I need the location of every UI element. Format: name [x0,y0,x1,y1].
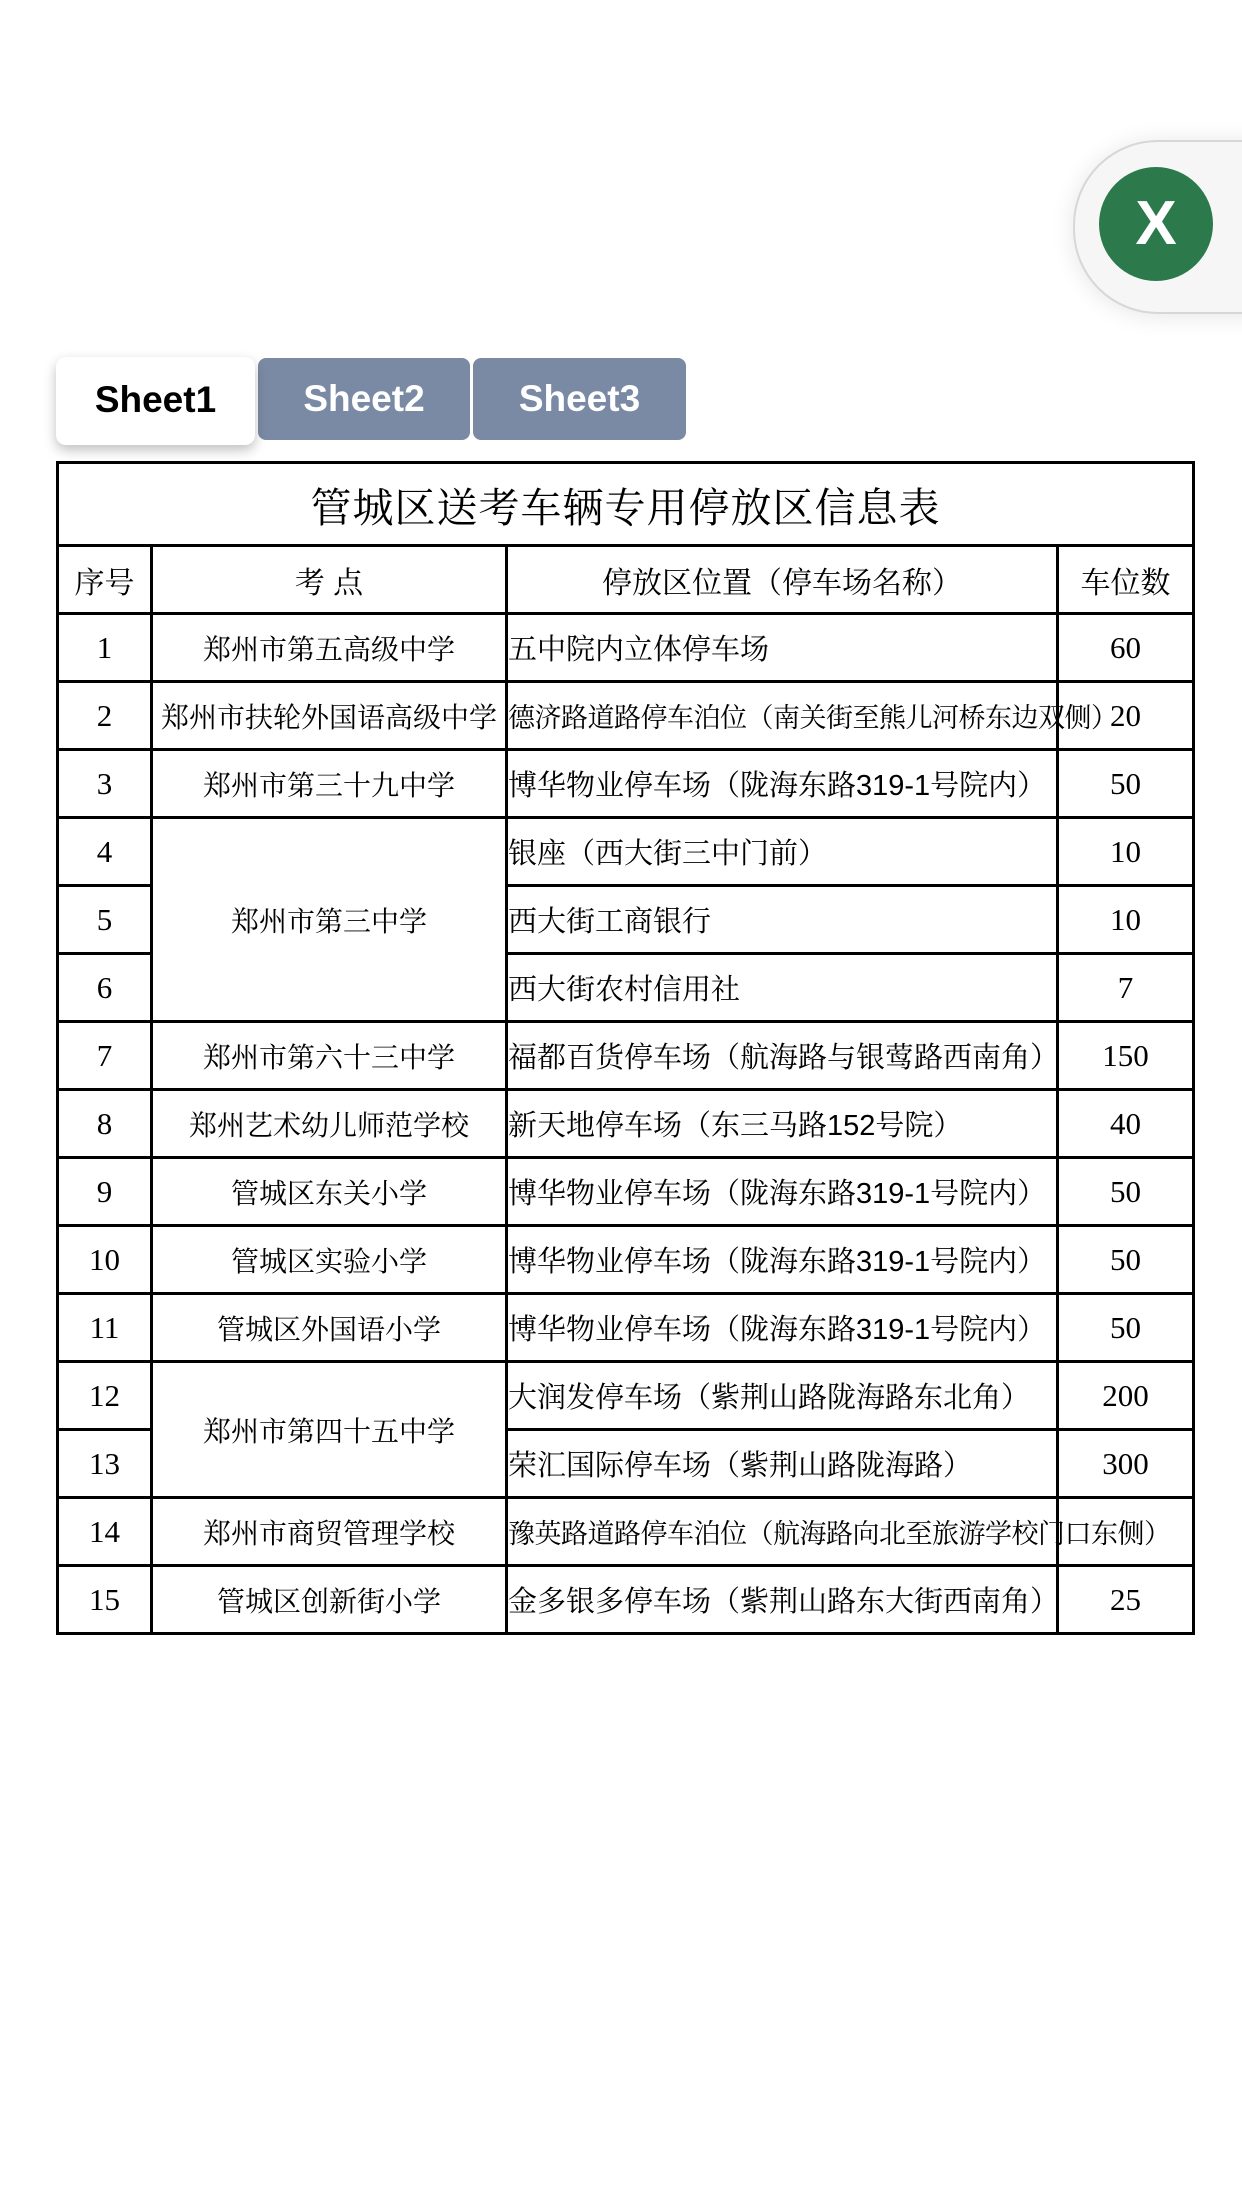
row-number-cell: 8 [58,1090,152,1158]
tab-sheet2[interactable]: Sheet2 [258,358,470,440]
spaces-cell: 7 [1058,954,1194,1022]
table-row: 3郑州市第三十九中学博华物业停车场（陇海东路319-1号院内）50 [58,750,1194,818]
row-number-cell: 15 [58,1566,152,1634]
location-cell: 大润发停车场（紫荆山路陇海路东北角） [507,1362,1058,1430]
row-number-cell: 2 [58,682,152,750]
row-number-cell: 6 [58,954,152,1022]
row-number-cell: 10 [58,1226,152,1294]
location-cell: 博华物业停车场（陇海东路319-1号院内） [507,1158,1058,1226]
location-cell: 西大街农村信用社 [507,954,1058,1022]
spaces-cell: 50 [1058,750,1194,818]
table-row: 7郑州市第六十三中学福都百货停车场（航海路与银莺路西南角）150 [58,1022,1194,1090]
table-row: 15管城区创新街小学金多银多停车场（紫荆山路东大街西南角）25 [58,1566,1194,1634]
location-cell: 银座（西大街三中门前） [507,818,1058,886]
column-header-school: 考 点 [152,546,507,614]
school-cell: 郑州市第三中学 [152,818,507,1022]
tab-sheet1[interactable]: Sheet1 [56,357,255,445]
table-header-row: 序号 考 点 停放区位置（停车场名称） 车位数 [58,546,1194,614]
close-pill: X [1073,140,1242,314]
table-row: 8郑州艺术幼儿师范学校新天地停车场（东三马路152号院）40 [58,1090,1194,1158]
school-cell: 管城区创新街小学 [152,1566,507,1634]
row-number-cell: 13 [58,1430,152,1498]
row-number-cell: 12 [58,1362,152,1430]
spaces-cell: 50 [1058,1294,1194,1362]
row-number-cell: 7 [58,1022,152,1090]
spaces-cell: 60 [1058,614,1194,682]
close-icon: X [1135,193,1176,255]
school-cell: 郑州市商贸管理学校 [152,1498,507,1566]
location-cell: 荣汇国际停车场（紫荆山路陇海路） [507,1430,1058,1498]
spaces-cell: 10 [1058,886,1194,954]
school-cell: 管城区东关小学 [152,1158,507,1226]
location-cell: 福都百货停车场（航海路与银莺路西南角） [507,1022,1058,1090]
row-number-cell: 4 [58,818,152,886]
school-cell: 郑州市第五高级中学 [152,614,507,682]
column-header-no: 序号 [58,546,152,614]
spaces-cell: 40 [1058,1090,1194,1158]
spaces-cell: 50 [1058,1158,1194,1226]
school-cell: 郑州市第六十三中学 [152,1022,507,1090]
school-cell: 郑州市第三十九中学 [152,750,507,818]
row-number-cell: 14 [58,1498,152,1566]
close-button[interactable]: X [1099,167,1213,281]
table-row: 10管城区实验小学博华物业停车场（陇海东路319-1号院内）50 [58,1226,1194,1294]
table-row: 12郑州市第四十五中学大润发停车场（紫荆山路陇海路东北角）200 [58,1362,1194,1430]
parking-info-table: 管城区送考车辆专用停放区信息表 序号 考 点 停放区位置（停车场名称） 车位数 … [56,461,1195,1635]
school-cell: 管城区实验小学 [152,1226,507,1294]
table-row: 11管城区外国语小学博华物业停车场（陇海东路319-1号院内）50 [58,1294,1194,1362]
location-cell: 博华物业停车场（陇海东路319-1号院内） [507,1226,1058,1294]
table-row: 1郑州市第五高级中学五中院内立体停车场60 [58,614,1194,682]
column-header-spaces: 车位数 [1058,546,1194,614]
tab-sheet3[interactable]: Sheet3 [473,358,686,440]
table-title-row: 管城区送考车辆专用停放区信息表 [58,463,1194,546]
row-number-cell: 11 [58,1294,152,1362]
location-cell: 新天地停车场（东三马路152号院） [507,1090,1058,1158]
spaces-cell: 50 [1058,1226,1194,1294]
table-title: 管城区送考车辆专用停放区信息表 [58,463,1194,546]
row-number-cell: 1 [58,614,152,682]
table-row: 14郑州市商贸管理学校豫英路道路停车泊位（航海路向北至旅游学校门口东侧） [58,1498,1194,1566]
school-cell: 管城区外国语小学 [152,1294,507,1362]
school-cell: 郑州艺术幼儿师范学校 [152,1090,507,1158]
location-cell: 博华物业停车场（陇海东路319-1号院内） [507,750,1058,818]
school-cell: 郑州市扶轮外国语高级中学 [152,682,507,750]
table-body: 1郑州市第五高级中学五中院内立体停车场602郑州市扶轮外国语高级中学德济路道路停… [58,614,1194,1634]
table-row: 9管城区东关小学博华物业停车场（陇海东路319-1号院内）50 [58,1158,1194,1226]
spaces-cell: 10 [1058,818,1194,886]
table-row: 2郑州市扶轮外国语高级中学德济路道路停车泊位（南关街至熊儿河桥东边双侧）20 [58,682,1194,750]
location-cell: 博华物业停车场（陇海东路319-1号院内） [507,1294,1058,1362]
location-cell: 五中院内立体停车场 [507,614,1058,682]
column-header-location: 停放区位置（停车场名称） [507,546,1058,614]
row-number-cell: 9 [58,1158,152,1226]
table-row: 4郑州市第三中学银座（西大街三中门前）10 [58,818,1194,886]
sheet-tab-bar: Sheet1 Sheet2 Sheet3 [0,357,1242,447]
row-number-cell: 3 [58,750,152,818]
location-cell: 金多银多停车场（紫荆山路东大街西南角） [507,1566,1058,1634]
spaces-cell: 200 [1058,1362,1194,1430]
location-cell: 豫英路道路停车泊位（航海路向北至旅游学校门口东侧） [507,1498,1058,1566]
spaces-cell: 150 [1058,1022,1194,1090]
location-cell: 西大街工商银行 [507,886,1058,954]
spaces-cell: 25 [1058,1566,1194,1634]
spaces-cell: 300 [1058,1430,1194,1498]
location-cell: 德济路道路停车泊位（南关街至熊儿河桥东边双侧） [507,682,1058,750]
school-cell: 郑州市第四十五中学 [152,1362,507,1498]
row-number-cell: 5 [58,886,152,954]
